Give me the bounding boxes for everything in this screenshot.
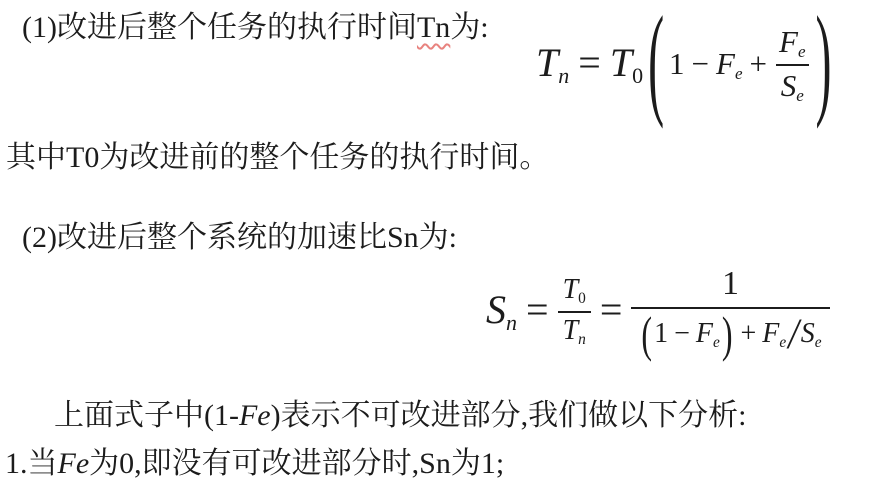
f1-coef-t0: T0 xyxy=(610,43,643,83)
f2-main-fraction: 1 (1−Fe)+Fe/Se xyxy=(631,265,829,355)
f1-coef-sub: 0 xyxy=(632,63,643,88)
formula-speedup: Sn = T0 Tn = 1 (1−Fe)+Fe/Se xyxy=(486,262,830,358)
f1-frac-denominator: Se xyxy=(776,64,809,103)
f2-lhs-base: S xyxy=(486,287,506,332)
f2-den-fe2: Fe xyxy=(762,320,786,348)
document-page: { "page": { "background": "#ffffff", "te… xyxy=(0,0,872,488)
f2-den-fe1: Fe xyxy=(696,320,720,348)
f1-frac-num-base: F xyxy=(779,24,798,59)
f1-coef-base: T xyxy=(610,40,632,85)
f2-den-fe1-sub: e xyxy=(713,334,720,351)
f2-fr1-num-sub: 0 xyxy=(578,290,586,307)
f1-right-paren: ) xyxy=(816,1,832,126)
f1-frac-num-sub: e xyxy=(798,42,806,61)
f2-den-se-base: S xyxy=(801,318,815,349)
f1-fe-base: F xyxy=(716,46,735,81)
p1-text: (1)改进后整个任务的执行时间 xyxy=(22,11,417,44)
p4-prefix: 上面式子中(1- xyxy=(54,399,239,432)
f2-lhs-sn: Sn xyxy=(486,290,517,330)
p5-suffix: 为0,即没有可改进部分时,Sn为1; xyxy=(89,447,504,480)
f2-den-right-paren: ) xyxy=(722,309,733,359)
formula-execution-time: Tn = T0 ( 1−Fe+ Fe Se ) xyxy=(536,8,837,118)
f2-fr1-denominator: Tn xyxy=(558,311,591,347)
f2-den-fe2-base: F xyxy=(762,318,779,349)
f2-fr1-den-base: T xyxy=(563,315,579,346)
f2-fraction-t0-tn: T0 Tn xyxy=(558,274,591,347)
f1-plus: + xyxy=(750,48,767,79)
f1-term-one: 1 xyxy=(669,46,685,81)
f2-main-denominator: (1−Fe)+Fe/Se xyxy=(631,307,829,355)
p1-term-tn: Tn xyxy=(417,11,450,44)
f1-frac-den-sub: e xyxy=(796,86,804,105)
f2-main-numerator-one: 1 xyxy=(717,265,744,307)
p5-fe-italic: Fe xyxy=(58,447,90,480)
f2-den-minus: − xyxy=(674,320,690,348)
f2-den-fe1-base: F xyxy=(696,318,713,349)
f2-den-plus: + xyxy=(740,320,756,348)
f1-lhs-tn: Tn xyxy=(536,43,569,83)
paragraph-4: 上面式子中(1-Fe)表示不可改进部分,我们做以下分析: xyxy=(54,396,746,435)
f2-equals-1: = xyxy=(526,290,549,330)
f2-fr1-den-sub: n xyxy=(578,331,586,348)
f2-fr1-num-base: T xyxy=(563,274,579,305)
p4-fe-italic: Fe xyxy=(239,399,271,432)
p4-suffix: )表示不可改进部分,我们做以下分析: xyxy=(271,399,747,432)
f2-den-left-paren: ( xyxy=(641,309,652,359)
p5-prefix: 1.当 xyxy=(5,447,58,480)
f1-equals: = xyxy=(578,43,601,83)
f1-left-paren: ( xyxy=(648,1,664,126)
f1-lhs-base: T xyxy=(536,40,558,85)
f2-den-slash: / xyxy=(788,312,799,356)
f1-minus: − xyxy=(692,48,709,79)
f2-den-fe2-sub: e xyxy=(779,334,786,351)
f2-fr1-numerator: T0 xyxy=(558,274,591,311)
paragraph-5: 1.当Fe为0,即没有可改进部分时,Sn为1; xyxy=(5,444,504,483)
f1-fraction-fe-se: Fe Se xyxy=(774,24,811,103)
p1-suffix: 为: xyxy=(450,11,488,44)
f2-den-one: 1 xyxy=(654,320,668,348)
paragraph-1: (1)改进后整个任务的执行时间Tn为: xyxy=(22,8,489,47)
f1-frac-den-base: S xyxy=(781,68,797,103)
f1-fe-sub: e xyxy=(735,64,743,83)
f1-lhs-sub: n xyxy=(558,63,569,88)
f1-paren-terms: 1−Fe+ xyxy=(669,48,774,79)
paragraph-2: 其中T0为改进前的整个任务的执行时间。 xyxy=(6,138,549,177)
f2-equals-2: = xyxy=(600,290,623,330)
paragraph-3: (2)改进后整个系统的加速比Sn为: xyxy=(22,218,457,257)
f2-den-se: Se xyxy=(801,320,822,348)
f1-frac-numerator: Fe xyxy=(774,24,811,64)
f2-lhs-sub: n xyxy=(506,310,517,335)
f2-den-se-sub: e xyxy=(815,334,822,351)
